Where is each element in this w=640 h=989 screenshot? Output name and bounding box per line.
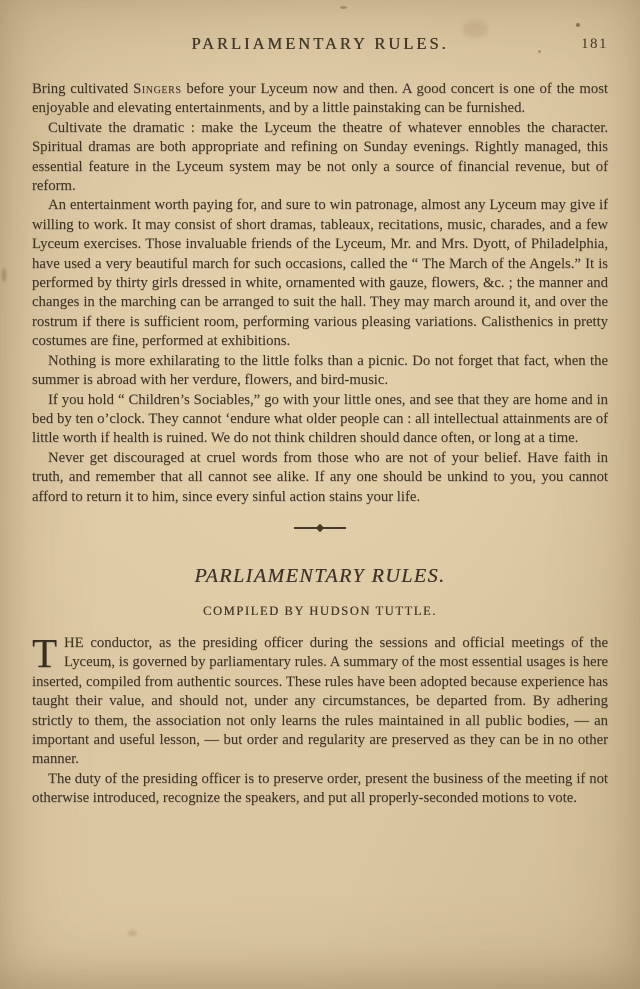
section-byline: COMPILED BY HUDSON TUTTLE. xyxy=(32,604,608,619)
smallcaps-word: Singers xyxy=(133,81,181,97)
body-paragraph-2: Cultivate the dramatic : make the Lyceum… xyxy=(32,119,608,197)
body-paragraph-5: If you hold “ Children’s Sociables,” go … xyxy=(32,391,608,449)
paper-speck xyxy=(2,268,6,282)
section-paragraph-2: The duty of the presiding officer is to … xyxy=(32,770,608,809)
drop-cap: T xyxy=(32,634,64,669)
body-paragraph-3: An entertainment worth paying for, and s… xyxy=(32,196,608,351)
paragraph-text: HE conductor, as the presiding officer d… xyxy=(32,635,608,767)
book-page: PARLIAMENTARY RULES. 181 Bring cultivate… xyxy=(0,0,640,989)
running-title: PARLIAMENTARY RULES. xyxy=(32,34,608,54)
paragraph-text: Bring cultivated xyxy=(32,81,133,97)
body-text: Bring cultivated Singers before your Lyc… xyxy=(32,80,608,507)
section-body: THE conductor, as the presiding officer … xyxy=(32,634,608,809)
paper-stain xyxy=(128,930,137,936)
body-paragraph-1: Bring cultivated Singers before your Lyc… xyxy=(32,80,608,119)
section-paragraph-1: THE conductor, as the presiding officer … xyxy=(32,634,608,770)
text-column: PARLIAMENTARY RULES. 181 Bring cultivate… xyxy=(32,0,608,809)
page-number: 181 xyxy=(581,36,608,53)
divider-ornament xyxy=(294,527,346,529)
section-title: PARLIAMENTARY RULES. xyxy=(32,565,608,588)
body-paragraph-6: Never get discouraged at cruel words fro… xyxy=(32,449,608,507)
page-header: PARLIAMENTARY RULES. 181 xyxy=(32,34,608,54)
body-paragraph-4: Nothing is more exhilarating to the litt… xyxy=(32,352,608,391)
